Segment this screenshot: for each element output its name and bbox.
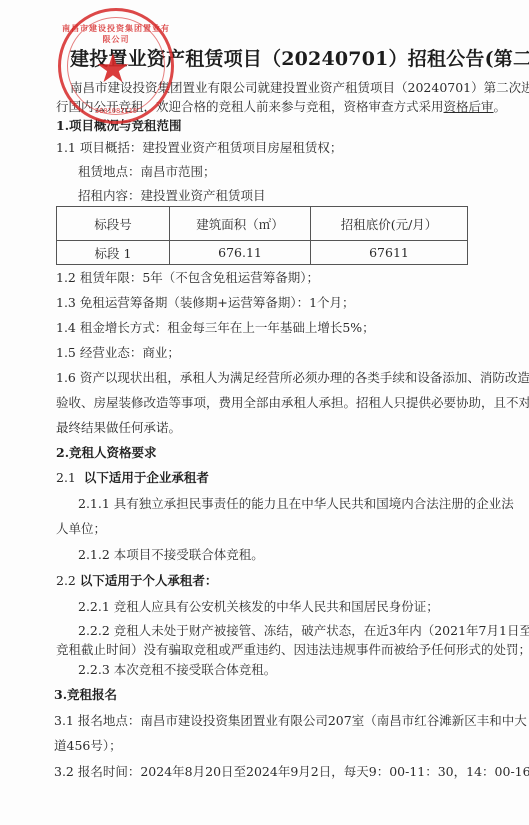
rental-location: 租赁地点：南昌市范围；: [78, 162, 216, 180]
item-2-1-1-line-2: 人单位；: [56, 519, 106, 537]
subsection-2-2: 2.2 以下适用于个人承租者：: [56, 571, 217, 589]
subsection-title: 以下适用于企业承租者: [84, 470, 209, 485]
subsection-number: 2.2: [56, 573, 76, 588]
header-cell: 建筑面积（㎡）: [170, 207, 311, 241]
item-1-5: 1.5 经营业态：商业；: [56, 343, 180, 361]
seal-org-text: 南昌市建设投资集团置业有限公司: [61, 23, 171, 45]
item-3-1-line-1: 3.1 报名地点：南昌市建设投资集团置业有限公司207室（南昌市红谷滩新区丰和中…: [54, 711, 527, 729]
intro-period: 。: [494, 99, 507, 114]
subsection-2-1: 2.1 以下适用于企业承租者: [56, 468, 209, 486]
rental-content: 招租内容：建投置业资产租赁项目: [78, 186, 266, 204]
table-header-row: 标段号 建筑面积（㎡） 招租底价(元/月）: [57, 207, 468, 241]
subsection-number: 2.1: [56, 470, 76, 485]
item-1-6-line-3: 最终结果做任何承诺。: [56, 418, 181, 436]
intro-line-1: 南昌市建设投资集团置业有限公司就建投置业资产租赁项目（20240701）第二次进: [70, 78, 529, 96]
item-3-2: 3.2 报名时间：2024年8月20日至2024年9月2日，每天9：00-11：…: [54, 762, 529, 780]
item-2-2-3: 2.2.3 本次竞租不接受联合体竞租。: [78, 660, 276, 678]
item-2-1-2: 2.1.2 本项目不接受联合体竞租。: [78, 545, 264, 563]
item-2-2-2-line-1: 2.2.2 竞租人未处于财产被接管、冻结，破产状态，在近3年内（2021年7月1…: [78, 621, 529, 639]
table-cell: 67611: [311, 241, 468, 265]
intro-line-2: 行国内公开竞租，欢迎合格的竞租人前来参与竞租，资格审查方式采用资格后审。: [56, 97, 506, 115]
subsection-title: 以下适用于个人承租者：: [80, 573, 218, 588]
section-1-heading: 1.项目概况与竞租范围: [56, 116, 182, 134]
item-2-2-1: 2.2.1 竞租人应具有公安机关核发的中华人民共和国居民身份证；: [78, 597, 439, 615]
item-2-1-1-line-1: 2.1.1 具有独立承担民事责任的能力且在中华人民共和国境内合法注册的企业法: [78, 494, 514, 512]
intro-text: 行国内公开竞租，欢迎合格的竞租人前来参与竞租，资格审查方式采用: [56, 99, 444, 114]
qualification-review-method: 资格后审: [444, 99, 494, 114]
item-1-6-line-2: 验收、房屋装修改造等事项，费用全部由承租人承担。招租人只提供必要协助，且不对: [56, 393, 529, 411]
document-page: 建投置业资产租赁项目（20240701）招租公告(第二次） 南昌市建设投资集团置…: [0, 0, 529, 825]
section-3-heading: 3.竞租报名: [54, 685, 117, 703]
page-title: 建投置业资产租赁项目（20240701）招租公告(第二次）: [70, 44, 529, 71]
table-cell: 标段 1: [57, 241, 170, 265]
item-2-2-2-line-2: 竞租截止时间）没有骗取竞租或严重违约、因违法违规事件而被给予任何形式的处罚；: [56, 640, 529, 658]
section-2-heading: 2.竞租人资格要求: [56, 443, 157, 461]
header-cell: 招租底价(元/月）: [311, 207, 468, 241]
table-cell: 676.11: [170, 241, 311, 265]
header-cell: 标段号: [57, 207, 170, 241]
table-row: 标段 1 676.11 67611: [57, 241, 468, 265]
item-3-1-line-2: 道456号）；: [54, 736, 122, 754]
bid-section-table: 标段号 建筑面积（㎡） 招租底价(元/月） 标段 1 676.11 67611: [56, 206, 468, 265]
item-1-1: 1.1 项目概括：建投置业资产租赁项目房屋租赁权；: [56, 138, 342, 156]
item-1-2: 1.2 租赁年限：5年（不包含免租运营筹备期）；: [56, 268, 319, 286]
item-1-6-line-1: 1.6 资产以现状出租，承租人为满足经营所必须办理的各类手续和设备添加、消防改造: [56, 368, 529, 386]
item-1-4: 1.4 租金增长方式：租金每三年在上一年基础上增长5%；: [56, 318, 375, 336]
item-1-3: 1.3 免租运营筹备期（装修期+运营筹备期）：1个月；: [56, 293, 355, 311]
